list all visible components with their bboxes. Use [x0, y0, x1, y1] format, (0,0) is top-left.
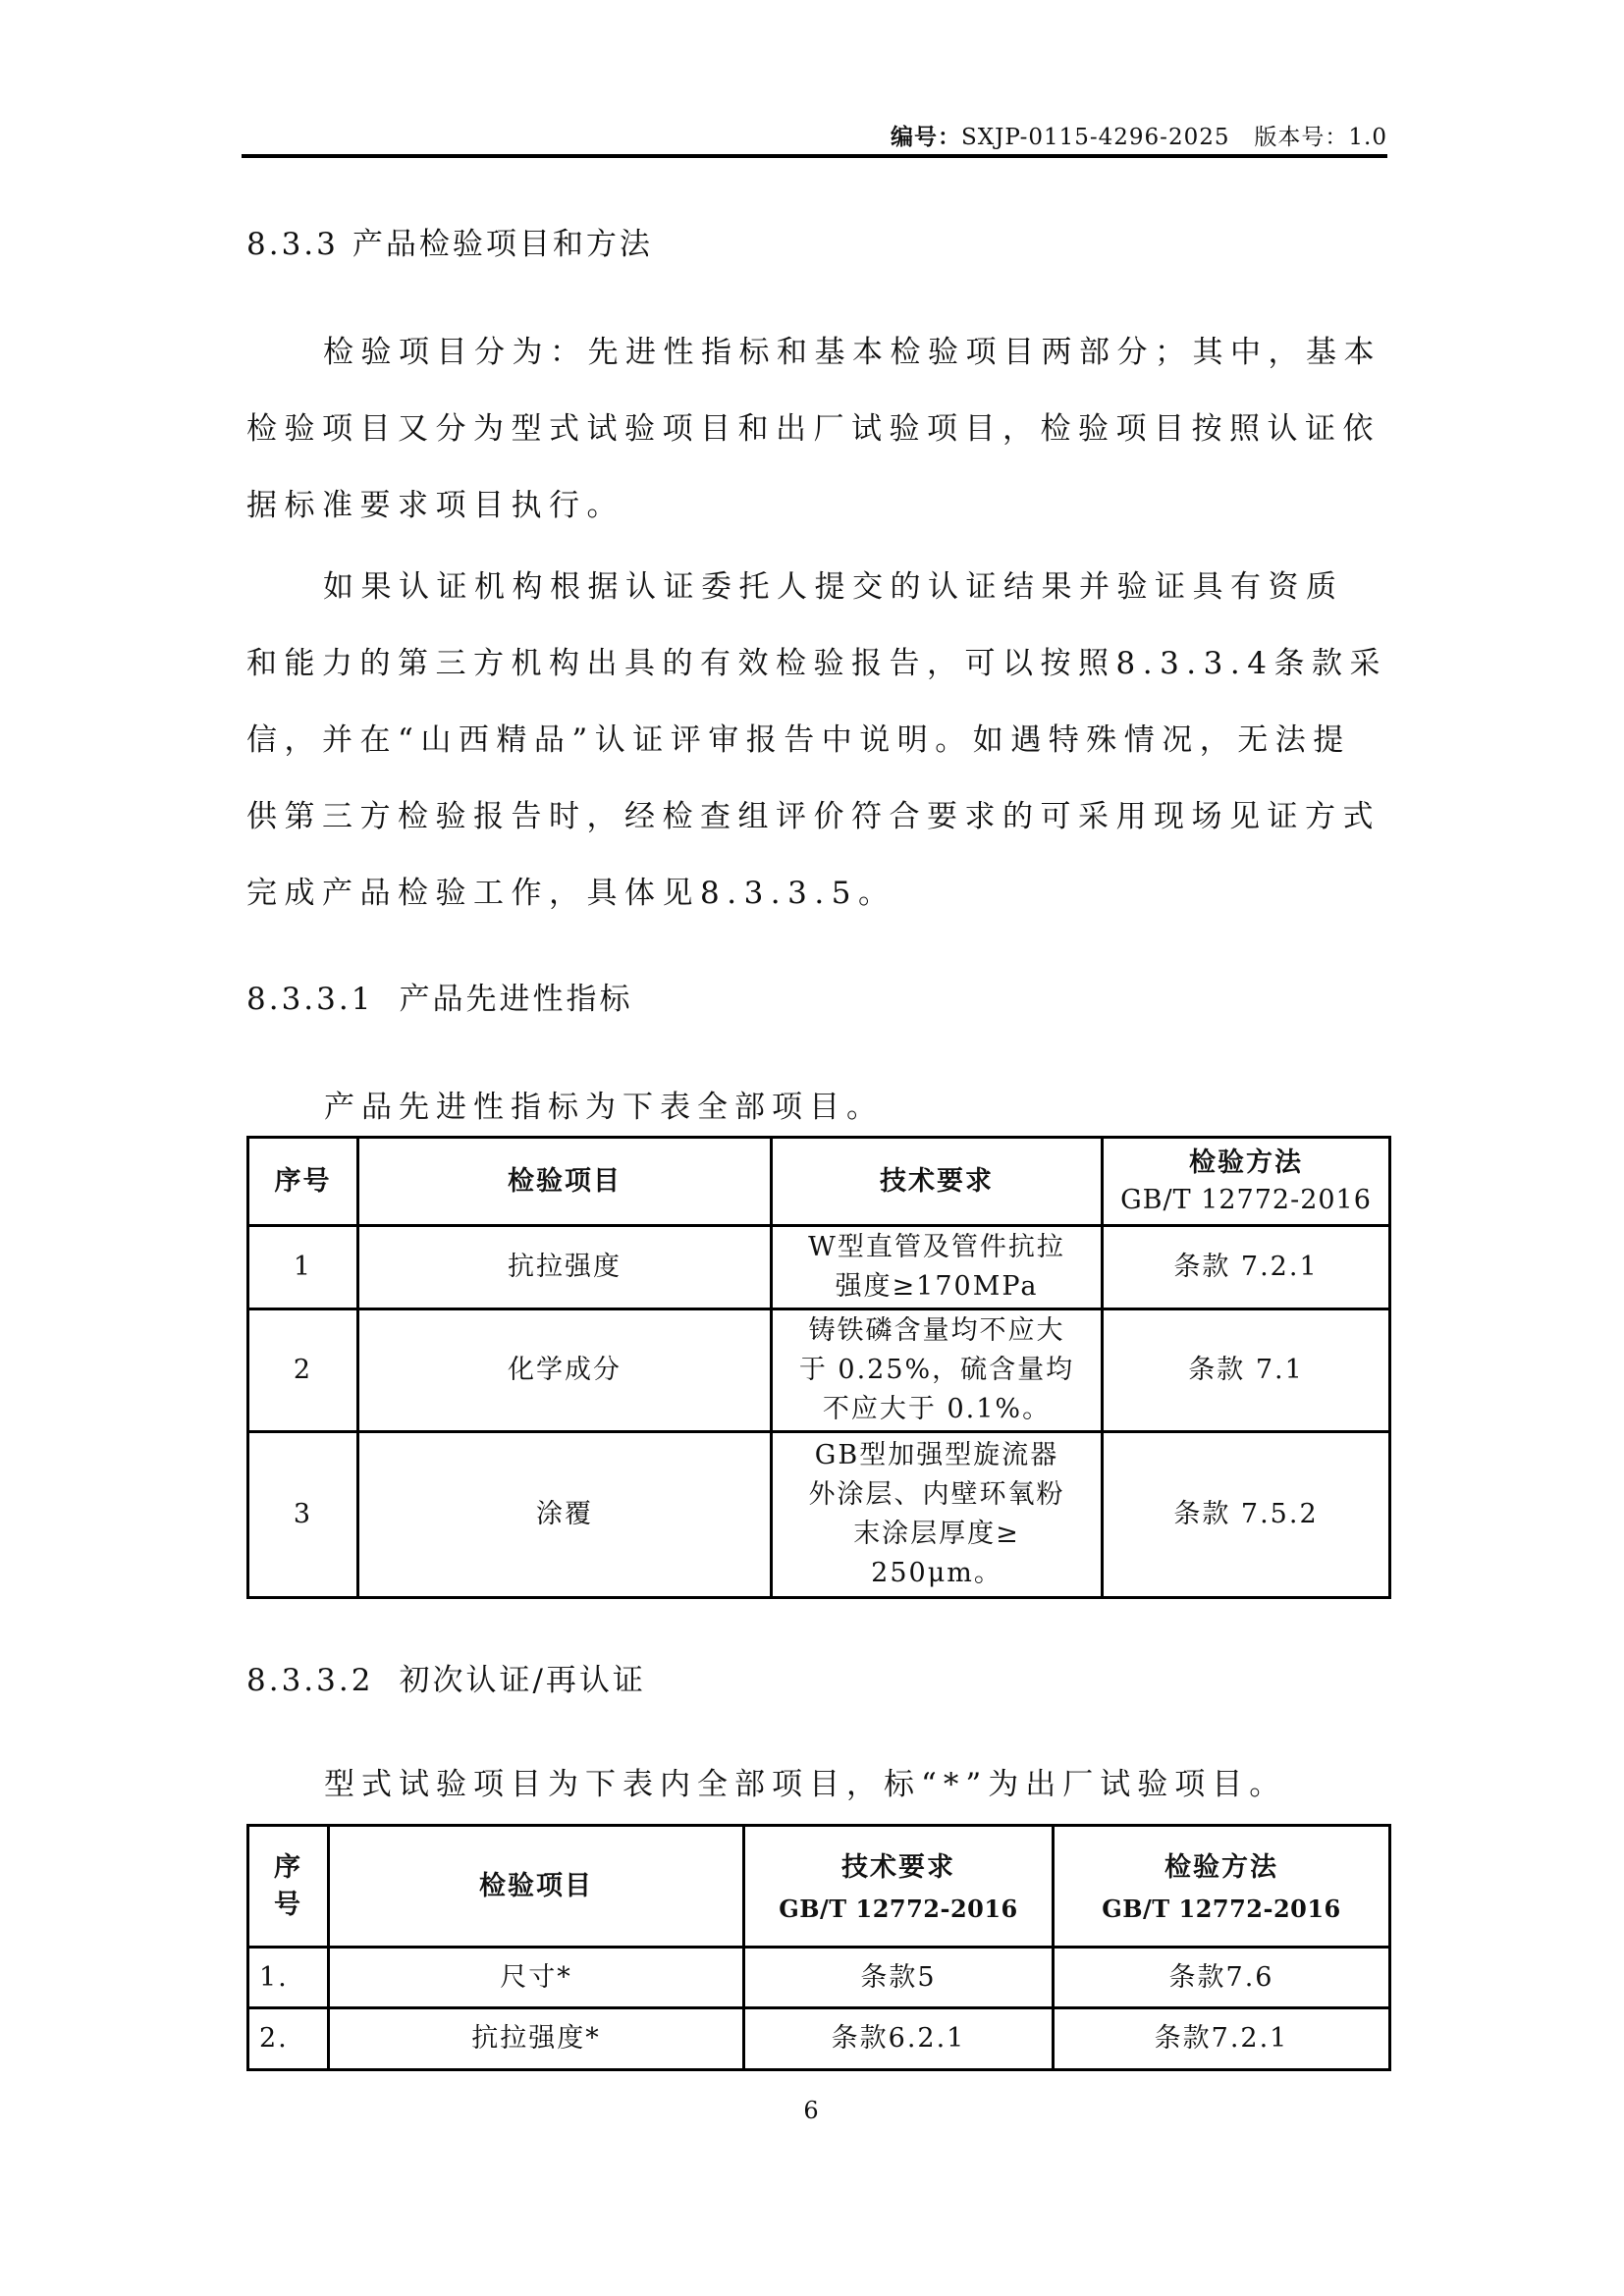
requirement-line: 外涂层、内壁环氧粉	[777, 1475, 1097, 1515]
cell-seq: 3	[248, 1432, 358, 1598]
header-seq-line: 序	[253, 1849, 323, 1887]
table-intro-advanced-indicators: 产品先进性指标为下表全部项目。	[324, 1088, 884, 1127]
advanced-indicators-table: 序号 检验项目 技术要求 检验方法 GB/T 12772-2016 1 抗拉强度…	[246, 1136, 1391, 1599]
page-number: 6	[801, 2097, 821, 2124]
cell-method: 条款7.6	[1054, 1948, 1390, 2008]
requirement-line: 于 0.25%，硫含量均	[777, 1351, 1097, 1390]
section-title: 产品先进性指标	[399, 982, 632, 1017]
header-requirement: 技术要求	[772, 1138, 1103, 1226]
cell-item: 涂覆	[358, 1432, 772, 1598]
cell-seq: 1	[248, 1226, 358, 1309]
requirement-line: 不应大于 0.1%。	[777, 1390, 1097, 1429]
type-test-items-table: 序 号 检验项目 技术要求 GB/T 12772-2016 检验方法 GB/T …	[246, 1824, 1391, 2071]
header-method-standard: GB/T 12772-2016	[1108, 1182, 1384, 1219]
document-header: 编号：SXJP-0115-4296-2025 版本号：1.0	[891, 120, 1387, 155]
section-title: 产品检验项目和方法	[352, 227, 653, 262]
cell-item: 尺寸*	[329, 1948, 744, 2008]
requirement-line: 铸铁磷含量均不应大	[777, 1311, 1097, 1351]
document-code-label: 编号：	[891, 124, 961, 150]
table-row: 1. 尺寸* 条款5 条款7.6	[248, 1948, 1390, 2008]
requirement-line: 强度≥170MPa	[777, 1267, 1097, 1307]
section-heading-8-3-3: 8.3.3产品检验项目和方法	[246, 225, 653, 264]
cell-requirement: 条款5	[744, 1948, 1054, 2008]
cell-item: 化学成分	[358, 1309, 772, 1432]
header-method-title: 检验方法	[1058, 1845, 1384, 1891]
table-row: 2. 抗拉强度* 条款6.2.1 条款7.2.1	[248, 2008, 1390, 2070]
requirement-line: 250μm。	[777, 1554, 1097, 1593]
section-heading-8-3-3-2: 8.3.3.2初次认证/再认证	[246, 1661, 646, 1700]
header-seq-line: 号	[253, 1887, 323, 1924]
paragraph-line: 据标准要求项目执行。	[246, 467, 1389, 544]
requirement-line: W型直管及管件抗拉	[777, 1228, 1097, 1267]
paragraph-line: 如果认证机构根据认证委托人提交的认证结果并验证具有资质	[246, 549, 1389, 625]
cell-method: 条款7.2.1	[1054, 2008, 1390, 2070]
table-row: 1 抗拉强度 W型直管及管件抗拉 强度≥170MPa 条款 7.2.1	[248, 1226, 1390, 1309]
cell-item: 抗拉强度	[358, 1226, 772, 1309]
paragraph-inspection-items: 检验项目分为：先进性指标和基本检验项目两部分；其中，基本 检验项目又分为型式试验…	[246, 314, 1389, 544]
cell-method: 条款 7.2.1	[1103, 1226, 1390, 1309]
cell-method: 条款 7.5.2	[1103, 1432, 1390, 1598]
paragraph-line: 供第三方检验报告时，经检查组评价符合要求的可采用现场见证方式	[246, 778, 1389, 855]
cell-item: 抗拉强度*	[329, 2008, 744, 2070]
header-method: 检验方法 GB/T 12772-2016	[1103, 1138, 1390, 1226]
header-requirement-title: 技术要求	[749, 1845, 1048, 1891]
paragraph-line: 检验项目又分为型式试验项目和出厂试验项目，检验项目按照认证依	[246, 391, 1389, 467]
header-seq: 序号	[248, 1138, 358, 1226]
cell-seq: 2.	[248, 2008, 329, 2070]
table-row: 3 涂覆 GB型加强型旋流器 外涂层、内壁环氧粉 末涂层厚度≥ 250μm。 条…	[248, 1432, 1390, 1598]
section-number: 8.3.3	[246, 227, 339, 262]
table-row: 2 化学成分 铸铁磷含量均不应大 于 0.25%，硫含量均 不应大于 0.1%。…	[248, 1309, 1390, 1432]
header-item: 检验项目	[358, 1138, 772, 1226]
header-method-standard: GB/T 12772-2016	[1058, 1891, 1384, 1928]
header-divider	[242, 154, 1387, 158]
section-title: 初次认证/再认证	[399, 1663, 645, 1698]
requirement-line: 末涂层厚度≥	[777, 1515, 1097, 1554]
header-item: 检验项目	[329, 1826, 744, 1948]
paragraph-line: 检验项目分为：先进性指标和基本检验项目两部分；其中，基本	[246, 314, 1389, 391]
table-header-row: 序号 检验项目 技术要求 检验方法 GB/T 12772-2016	[248, 1138, 1390, 1226]
header-requirement: 技术要求 GB/T 12772-2016	[744, 1826, 1054, 1948]
document-code: SXJP-0115-4296-2025	[961, 125, 1229, 150]
section-number: 8.3.3.2	[246, 1663, 373, 1698]
table-intro-type-tests: 型式试验项目为下表内全部项目，标“*”为出厂试验项目。	[324, 1765, 1286, 1804]
cell-requirement: 铸铁磷含量均不应大 于 0.25%，硫含量均 不应大于 0.1%。	[772, 1309, 1103, 1432]
paragraph-line: 和能力的第三方机构出具的有效检验报告，可以按照8.3.3.4条款采	[246, 625, 1389, 702]
paragraph-line: 完成产品检验工作，具体见8.3.3.5。	[246, 855, 1389, 932]
cell-seq: 1.	[248, 1948, 329, 2008]
section-number: 8.3.3.1	[246, 982, 373, 1017]
header-method-title: 检验方法	[1108, 1145, 1384, 1182]
cell-requirement: W型直管及管件抗拉 强度≥170MPa	[772, 1226, 1103, 1309]
cell-requirement: GB型加强型旋流器 外涂层、内壁环氧粉 末涂层厚度≥ 250μm。	[772, 1432, 1103, 1598]
paragraph-line: 信，并在“山西精品”认证评审报告中说明。如遇特殊情况，无法提	[246, 702, 1389, 778]
version-number: 1.0	[1348, 125, 1387, 150]
cell-method: 条款 7.1	[1103, 1309, 1390, 1432]
cell-requirement: 条款6.2.1	[744, 2008, 1054, 2070]
table-header-row: 序 号 检验项目 技术要求 GB/T 12772-2016 检验方法 GB/T …	[248, 1826, 1390, 1948]
paragraph-third-party-reports: 如果认证机构根据认证委托人提交的认证结果并验证具有资质 和能力的第三方机构出具的…	[246, 549, 1389, 932]
header-requirement-standard: GB/T 12772-2016	[749, 1891, 1048, 1928]
header-seq: 序 号	[248, 1826, 329, 1948]
requirement-line: GB型加强型旋流器	[777, 1436, 1097, 1475]
section-heading-8-3-3-1: 8.3.3.1产品先进性指标	[246, 980, 632, 1019]
cell-seq: 2	[248, 1309, 358, 1432]
version-label: 版本号：	[1254, 125, 1348, 150]
header-method: 检验方法 GB/T 12772-2016	[1054, 1826, 1390, 1948]
